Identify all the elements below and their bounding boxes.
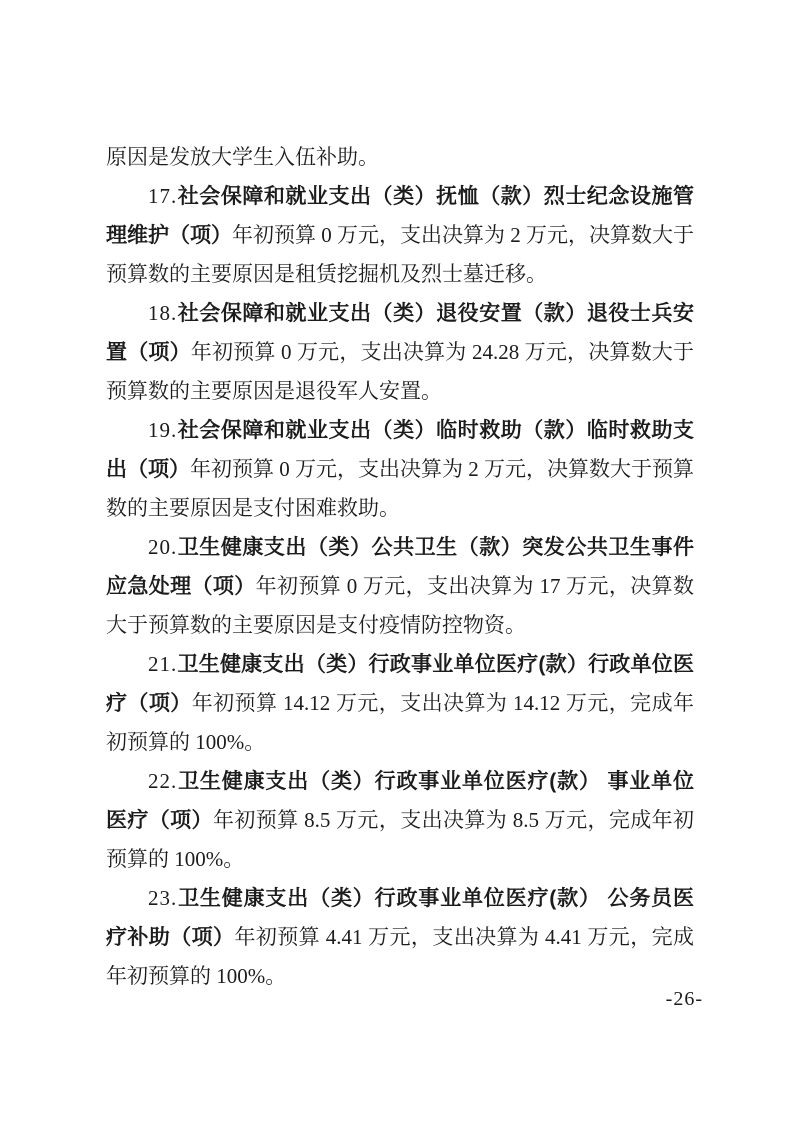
paragraph-continuation-text: 原因是发放大学生入伍补助。 [106,145,379,169]
text-block: 原因是发放大学生入伍补助。 17.社会保障和就业支出（类）抚恤（款）烈士纪念设施… [106,138,694,996]
budget-item-17-number: 17. [148,184,177,208]
budget-item-19-body: 年初预算 0 万元，支出决算为 2 万元，决算数大于预算数的主要原因是支付困难救… [106,457,694,520]
budget-item-21-body: 年初预算 14.12 万元，支出决算为 14.12 万元，完成年初预算的 100… [106,691,694,754]
budget-item-22: 22.卫生健康支出（类）行政事业单位医疗(款） 事业单位医疗（项）年初预算 8.… [106,762,694,879]
budget-item-17: 17.社会保障和就业支出（类）抚恤（款）烈士纪念设施管理维护（项）年初预算 0 … [106,177,694,294]
budget-item-20-number: 20. [148,535,177,559]
document-page: 原因是发放大学生入伍补助。 17.社会保障和就业支出（类）抚恤（款）烈士纪念设施… [0,0,793,1122]
page-number: -26- [666,988,703,1011]
budget-item-20: 20.卫生健康支出（类）公共卫生（款）突发公共卫生事件应急处理（项）年初预算 0… [106,528,694,645]
budget-item-22-number: 22. [148,769,177,793]
budget-item-19-number: 19. [148,418,177,442]
budget-item-19: 19.社会保障和就业支出（类）临时救助（款）临时救助支出（项）年初预算 0 万元… [106,411,694,528]
budget-item-21: 21.卫生健康支出（类）行政事业单位医疗(款）行政单位医疗（项）年初预算 14.… [106,645,694,762]
budget-item-18: 18.社会保障和就业支出（类）退役安置（款）退役士兵安置（项）年初预算 0 万元… [106,294,694,411]
budget-item-23: 23.卫生健康支出（类）行政事业单位医疗(款） 公务员医疗补助（项）年初预算 4… [106,879,694,996]
budget-item-18-number: 18. [148,301,177,325]
budget-item-23-number: 23. [148,886,177,910]
paragraph-continuation: 原因是发放大学生入伍补助。 [106,138,694,177]
budget-item-21-number: 21. [148,652,177,676]
budget-item-18-body: 年初预算 0 万元，支出决算为 24.28 万元，决算数大于预算数的主要原因是退… [106,340,694,403]
